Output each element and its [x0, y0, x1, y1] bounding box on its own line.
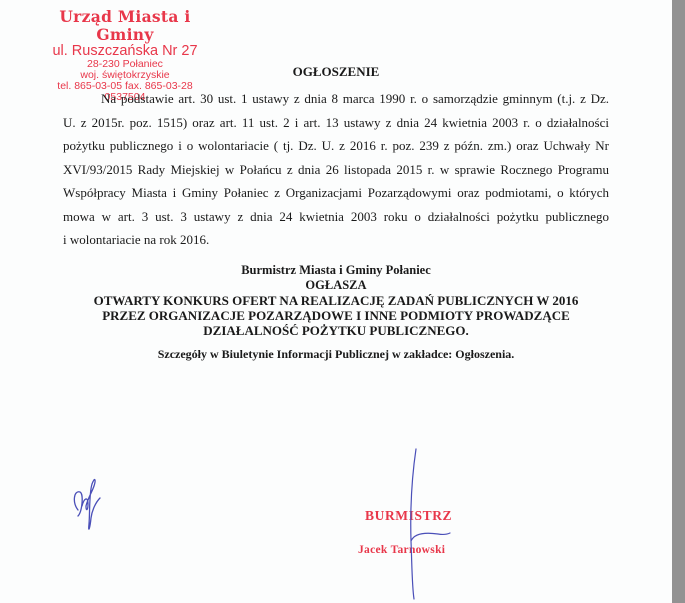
paragraph-line: mowa w art. 3 ust. 3 ustawy z dnia 24 kw… [63, 205, 609, 229]
contest-line: OTWARTY KONKURS OFERT NA REALIZACJĘ ZADA… [0, 293, 672, 308]
announces-heading: OGŁASZA [0, 278, 672, 293]
announcement-block: Burmistrz Miasta i Gminy Połaniec OGŁASZ… [0, 263, 672, 338]
contest-line: PRZEZ ORGANIZACJE POZARZĄDOWE I INNE POD… [0, 308, 672, 323]
viewer-scrollbar-strip[interactable] [672, 0, 685, 603]
initials-signature-icon [70, 462, 110, 542]
legal-basis-paragraph: Na podstawie art. 30 ust. 1 ustawy z dni… [63, 87, 609, 252]
paragraph-line: Na podstawie art. 30 ust. 1 ustawy z dni… [63, 87, 609, 111]
paragraph-line: U. z 2015r. poz. 1515) oraz art. 11 ust.… [63, 111, 609, 135]
document-page: Urząd Miasta i Gminy ul. Ruszczańska Nr … [0, 0, 672, 603]
document-title: OGŁOSZENIE [0, 64, 672, 80]
stamp-organization: Urząd Miasta i Gminy [30, 8, 220, 44]
contest-line: DZIAŁALNOŚĆ POŻYTKU PUBLICZNEGO. [0, 323, 672, 338]
stamp-street: ul. Ruszczańska Nr 27 [30, 44, 220, 59]
paragraph-line: Współpracy Miasta i Gminy Połaniec z Org… [63, 181, 609, 205]
paragraph-line: XVI/93/2015 Rady Miejskiej w Połańcu z d… [63, 158, 609, 182]
signature-stroke-icon [400, 446, 480, 603]
details-note: Szczegóły w Biuletynie Informacji Public… [0, 347, 672, 362]
paragraph-line: pożytku publicznego i o wolontariacie ( … [63, 134, 609, 158]
paragraph-line: i wolontariacie na rok 2016. [63, 228, 609, 252]
announcer: Burmistrz Miasta i Gminy Połaniec [0, 263, 672, 278]
